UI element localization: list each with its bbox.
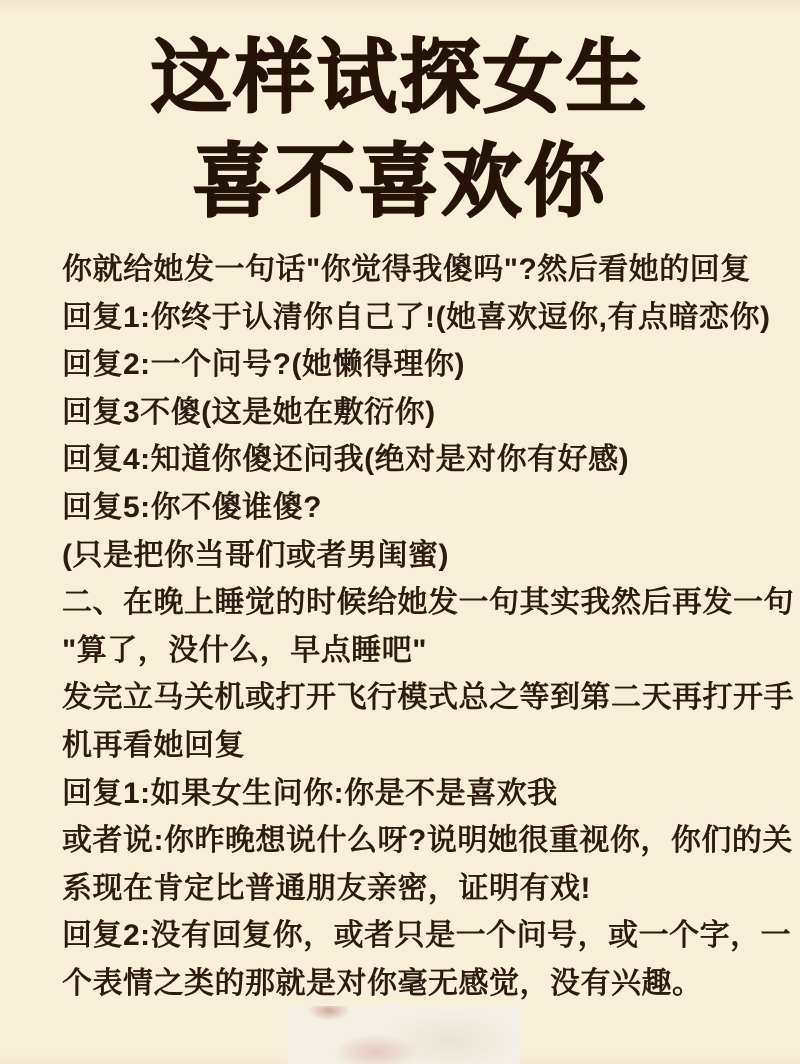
body-line: 你就给她发一句话"你觉得我傻吗"?然后看她的回复: [62, 246, 770, 294]
body-line: 二、在晚上睡觉的时候给她发一句其实我然后再发一句: [62, 579, 770, 627]
body-line: 发完立马关机或打开飞行模式总之等到第二天再打开手: [62, 674, 770, 722]
body-line: 个表情之类的那就是对你毫无感觉，没有兴趣。: [62, 960, 770, 1008]
body-line: 回复4:知道你傻还问我(绝对是对你有好感): [62, 436, 770, 484]
body-line: (只是把你当哥们或者男闺蜜): [62, 532, 770, 580]
body-line: 回复3不傻(这是她在敷衍你): [62, 389, 770, 437]
body-line: 回复2:一个问号?(她懒得理你): [62, 341, 770, 389]
body-line: 或者说:你昨晚想说什么呀?说明她很重视你，你们的关: [62, 817, 770, 865]
body-line: 回复5:你不傻谁傻?: [62, 484, 770, 532]
body-text: 你就给她发一句话"你觉得我傻吗"?然后看她的回复 回复1:你终于认清你自己了!(…: [62, 246, 770, 1008]
body-line: 回复2:没有回复你，或者只是一个问号，或一个字，一: [62, 912, 770, 960]
page-title: 这样试探女生 喜不喜欢你: [0, 26, 800, 234]
body-line: 系现在肯定比普通朋友亲密，证明有戏!: [62, 865, 770, 913]
body-line: 回复1:如果女生问你:你是不是喜欢我: [62, 770, 770, 818]
body-line: 机再看她回复: [62, 722, 770, 770]
meme-page: 这样试探女生 喜不喜欢你 你就给她发一句话"你觉得我傻吗"?然后看她的回复 回复…: [0, 0, 800, 1064]
body-line: "算了，没什么，早点睡吧": [62, 627, 770, 675]
title-line-1: 这样试探女生: [0, 26, 800, 130]
title-line-2: 喜不喜欢你: [0, 130, 800, 234]
erased-watermark-patch: [287, 1006, 520, 1064]
body-line: 回复1:你终于认清你自己了!(她喜欢逗你,有点暗恋你): [62, 294, 770, 342]
